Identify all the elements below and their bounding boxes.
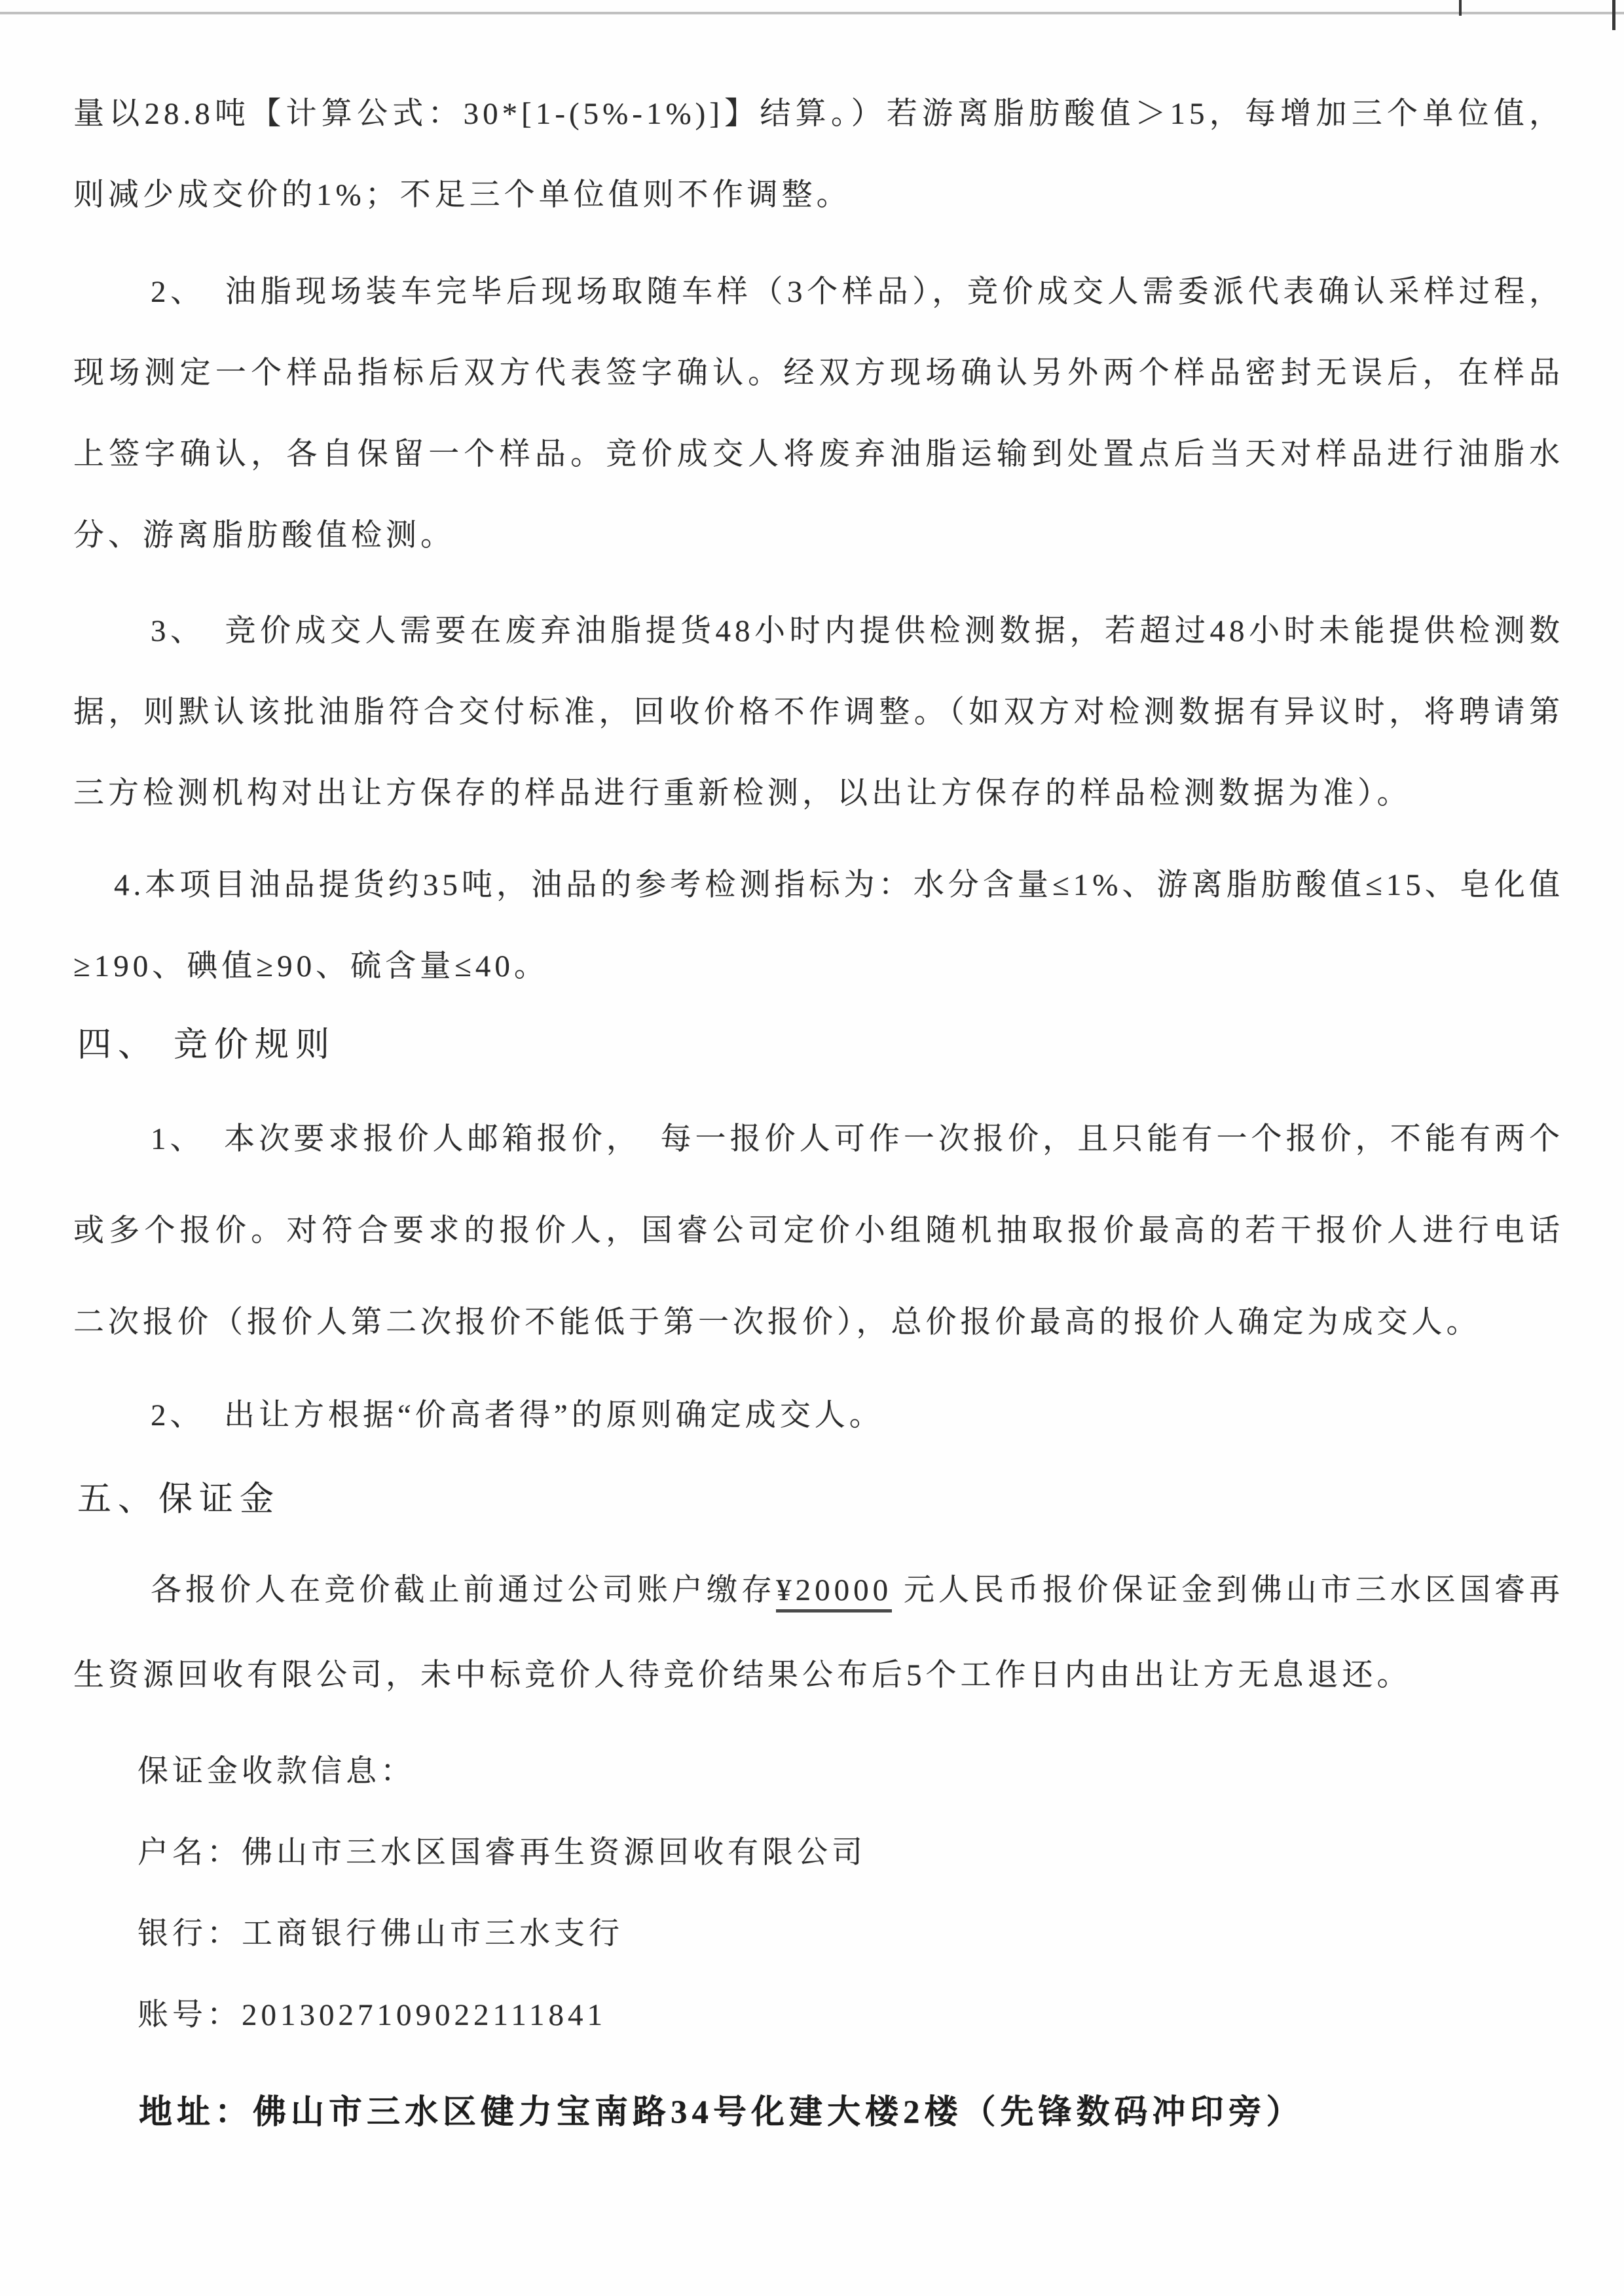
scan-artifact-tick-1: [1459, 0, 1462, 16]
field-account-name-value: 佛山市三水区国睿再生资源回收有限公司: [242, 1836, 866, 1870]
field-account-name-colon: ：: [207, 1836, 242, 1870]
field-account-name-label: 户名: [138, 1836, 207, 1870]
field-address: 地址：佛山市三水区健力宝南路34号化建大楼2楼（先锋数码冲印旁）: [73, 2069, 1564, 2157]
scan-artifact-top-line: [0, 12, 1624, 14]
deposit-info-heading: 保证金收款信息：: [73, 1731, 1564, 1812]
deposit-amount-underlined: ¥20000: [776, 1573, 892, 1613]
deposit-text-pre: 各报价人在竞价截止前通过公司账户缴存: [151, 1573, 776, 1607]
field-bank: 银行：工商银行佛山市三水支行: [73, 1893, 1564, 1975]
paragraph-bidding-rule-2: 2、 出让方根据“价高者得”的原则确定成交人。: [73, 1375, 1564, 1456]
field-account-number: 账号：2013027109022111841: [73, 1975, 1564, 2056]
field-account-number-value: 2013027109022111841: [242, 1998, 606, 2032]
field-address-value: 佛山市三水区健力宝南路34号化建大楼2楼（先锋数码冲印旁）: [253, 2094, 1304, 2131]
field-account-number-colon: ：: [207, 1998, 242, 2032]
field-address-label: 地址: [139, 2094, 215, 2131]
field-bank-value: 工商银行佛山市三水支行: [242, 1917, 623, 1951]
field-account-name: 户名：佛山市三水区国睿再生资源回收有限公司: [73, 1812, 1564, 1893]
paragraph-settlement-continuation: 量以28.8吨【计算公式：30*[1-(5%-1%)]】结算。）若游离脂肪酸值＞…: [73, 73, 1564, 236]
document-page: 量以28.8吨【计算公式：30*[1-(5%-1%)]】结算。）若游离脂肪酸值＞…: [0, 0, 1624, 2296]
document-body: 量以28.8吨【计算公式：30*[1-(5%-1%)]】结算。）若游离脂肪酸值＞…: [73, 73, 1564, 2174]
field-bank-colon: ：: [207, 1917, 242, 1951]
paragraph-item-3-test-data: 3、 竞价成交人需要在废弃油脂提货48小时内提供检测数据，若超过48小时未能提供…: [73, 591, 1564, 834]
paragraph-deposit-payment: 各报价人在竞价截止前通过公司账户缴存¥20000 元人民币报价保证金到佛山市三水…: [73, 1548, 1564, 1718]
paragraph-bidding-rule-1: 1、 本次要求报价人邮箱报价， 每一报价人可作一次报价，且只能有一个报价，不能有…: [73, 1093, 1564, 1368]
section-heading-bidding-rules: 四、 竞价规则: [77, 1023, 1564, 1068]
field-account-number-label: 账号: [138, 1998, 207, 2032]
section-heading-deposit: 五、保证金: [77, 1477, 1564, 1523]
field-bank-label: 银行: [138, 1917, 207, 1951]
field-address-colon: ：: [215, 2094, 253, 2131]
paragraph-item-4-oil-specs: 4.本项目油品提货约35吨，油品的参考检测指标为：水分含量≤1%、游离脂肪酸值≤…: [73, 845, 1564, 1007]
scan-artifact-tick-2: [1612, 0, 1615, 30]
paragraph-item-2-oil-sampling: 2、 油脂现场装车完毕后现场取随车样（3个样品），竞价成交人需委派代表确认采样过…: [73, 251, 1564, 576]
